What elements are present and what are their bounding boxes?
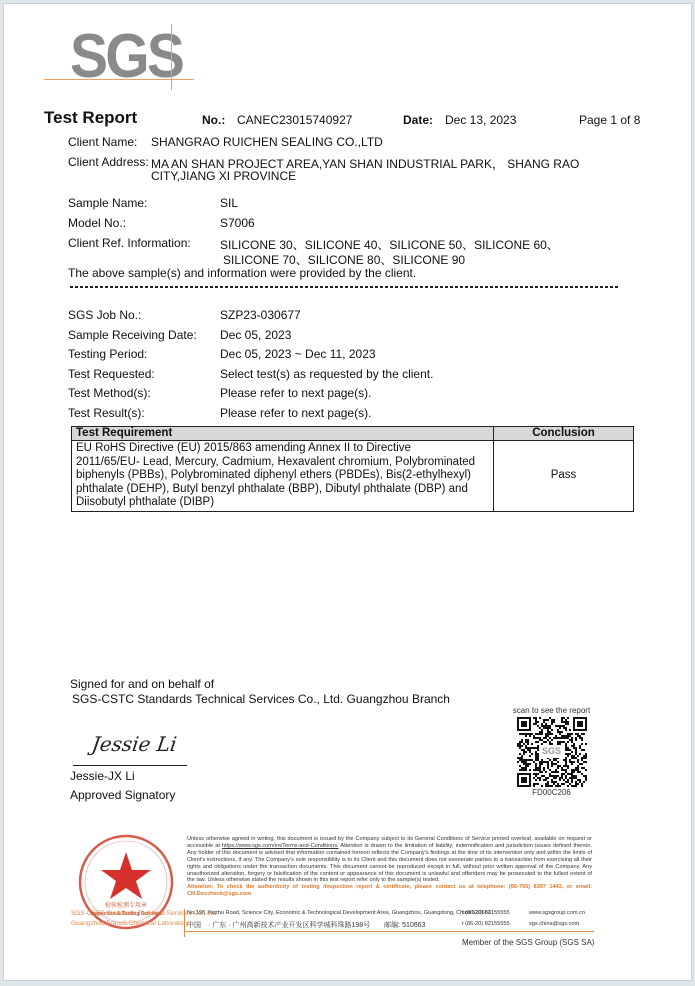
client-address-label: Client Address: (68, 155, 149, 169)
signed-behalf-label: Signed for and on behalf of (70, 677, 214, 691)
footer-divider (184, 931, 594, 932)
qr-code-id: FD00C206 (509, 788, 594, 797)
client-name-label: Client Name: (68, 135, 137, 149)
terms-link[interactable]: https://www.sgs.com/en/Terms-and-Conditi… (222, 843, 339, 849)
requirement-cell: EU RoHS Directive (EU) 2015/863 amending… (72, 441, 494, 512)
conclusion-cell: Pass (494, 441, 634, 512)
job-info-value: Select test(s) as requested by the clien… (220, 367, 433, 381)
address-accent-bar (184, 909, 185, 937)
qr-code[interactable]: SGS (517, 717, 587, 787)
email-link[interactable]: sgs.china@sgs.com (529, 921, 579, 927)
report-no-value: CANEC23015740927 (237, 113, 352, 127)
legal-text-post: Attention is drawn to the limitation of … (187, 843, 592, 884)
job-info-value: SZP23-030677 (220, 308, 301, 322)
qr-center-label: SGS (539, 745, 565, 758)
qr-code-block: scan to see the report SGS FD00C206 (509, 706, 594, 797)
col-header-conclusion: Conclusion (494, 427, 634, 441)
authenticity-attention: Attention: To check the authenticity of … (187, 884, 592, 898)
page-indicator: Page 1 of 8 (579, 113, 640, 127)
sgs-member-note: Member of the SGS Group (SGS SA) (462, 938, 595, 947)
report-date-label: Date: (403, 113, 433, 127)
legal-disclaimer: Unless otherwise agreed in writing, this… (187, 836, 592, 898)
job-info-label: Test Result(s): (68, 406, 145, 420)
job-info-label: SGS Job No.: (68, 308, 141, 322)
job-info-label: Test Requested: (68, 367, 155, 381)
svg-text:检验检测专用章: 检验检测专用章 (105, 901, 147, 909)
job-info-value: Please refer to next page(s). (220, 386, 371, 400)
handwritten-signature: Jessie Li (90, 732, 178, 756)
sample-provided-note: The above sample(s) and information were… (68, 266, 416, 280)
client-address-line2: CITY,JIANG XI PROVINCE (151, 169, 296, 183)
col-header-requirement: Test Requirement (72, 427, 494, 441)
signatory-name: Jessie-JX Li (70, 769, 135, 783)
report-page: SGS Test Report No.: CANEC23015740927 Da… (3, 3, 692, 981)
signature-line (73, 765, 187, 766)
address-english: No.198, Kezhu Road, Science City, Econom… (187, 910, 491, 916)
job-info-label: Test Method(s): (68, 386, 151, 400)
job-info-value: Dec 05, 2023 ~ Dec 11, 2023 (220, 347, 376, 361)
signatory-role: Approved Signatory (70, 788, 175, 802)
section-divider (70, 286, 618, 288)
logo-vertical-rule (171, 24, 172, 90)
table-header-row: Test Requirement Conclusion (72, 427, 634, 441)
page-title: Test Report (44, 108, 137, 128)
job-info-label: Testing Period: (68, 347, 147, 361)
client-ref-label: Client Ref. Information: (68, 236, 191, 250)
job-info-value: Please refer to next page(s). (220, 406, 371, 420)
model-no-value: S7006 (220, 216, 255, 230)
sample-name-label: Sample Name: (68, 196, 147, 210)
test-requirement-table: Test Requirement Conclusion EU RoHS Dire… (71, 426, 634, 512)
qr-caption: scan to see the report (509, 706, 594, 715)
sgs-logo: SGS (44, 24, 194, 94)
telephone-2: t (86-20) 82155555 (462, 921, 510, 927)
signing-company: SGS-CSTC Standards Technical Services Co… (72, 692, 450, 706)
client-name-value: SHANGRAO RUICHEN SEALING CO.,LTD (151, 135, 383, 149)
telephone-1: t (86-20) 82155555 (462, 910, 510, 916)
website-link[interactable]: www.sgsgroup.com.cn (529, 910, 585, 916)
job-info-value: Dec 05, 2023 (220, 328, 291, 342)
report-no-label: No.: (202, 113, 225, 127)
report-date-value: Dec 13, 2023 (445, 113, 516, 127)
sample-name-value: SIL (220, 196, 238, 210)
address-chinese: 中国 · 广东 · 广州高新技术产业开发区科学城科珠路198号 邮编: 5106… (187, 920, 425, 930)
model-no-label: Model No.: (68, 216, 126, 230)
job-info-label: Sample Receiving Date: (68, 328, 197, 342)
table-row: EU RoHS Directive (EU) 2015/863 amending… (72, 441, 634, 512)
